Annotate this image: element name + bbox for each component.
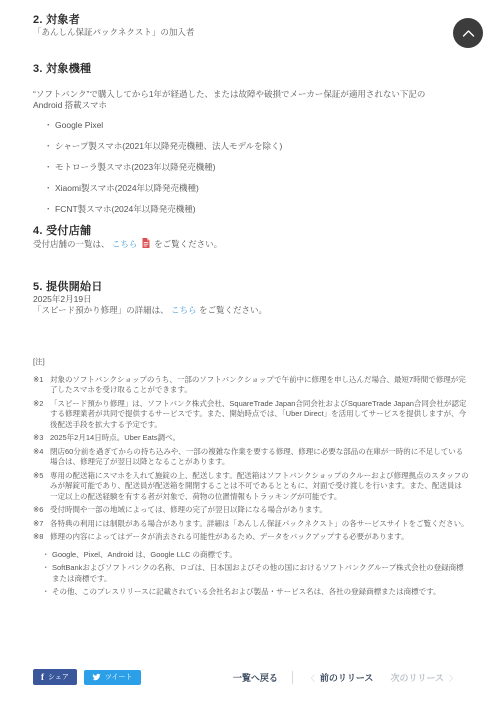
note-text: 「スピード預かり修理」は、ソフトバンク株式会社、SquareTrade Japa… bbox=[50, 399, 469, 431]
trademark-list: ・ Google、Pixel、Android は、Google LLC の商標で… bbox=[33, 550, 469, 598]
list-item-label: Xiaomi製スマホ(2024年以降発売機種) bbox=[55, 183, 199, 194]
list-item: ・ シャープ製スマホ(2021年以降発売機種、法人モデルを除く) bbox=[44, 141, 457, 152]
note-marker: ※3 bbox=[33, 433, 50, 444]
notes-label: [注] bbox=[33, 357, 457, 367]
list-item: ・ FCNT製スマホ(2024年以降発売機種) bbox=[44, 204, 457, 215]
section-reception-stores: 4. 受付店舗 受付店舗の一覧は、 こちら をご覧ください。 bbox=[33, 225, 457, 251]
note-text: 各特典の利用には制限がある場合があります。詳細は「あんしん保証パックネクスト」の… bbox=[50, 519, 469, 530]
note-marker: ※7 bbox=[33, 519, 50, 530]
section-heading-reception-stores: 4. 受付店舗 bbox=[33, 225, 457, 238]
note-marker: ※1 bbox=[33, 375, 50, 396]
list-item: ・ Xiaomi製スマホ(2024年以降発売機種) bbox=[44, 183, 457, 194]
section-target-users: 2. 対象者 「あんしん保証パックネクスト」の加入者 bbox=[33, 14, 457, 38]
note-item: ※3 2025年2月14日時点。Uber Eats調べ。 bbox=[33, 433, 469, 444]
list-item: ・ Google Pixel bbox=[44, 120, 457, 131]
list-item: ・ モトローラ製スマホ(2023年以降発売機種) bbox=[44, 162, 457, 173]
list-item-label: モトローラ製スマホ(2023年以降発売機種) bbox=[55, 162, 215, 173]
share-buttons: f シェア ツイート bbox=[33, 669, 141, 685]
facebook-share-label: シェア bbox=[48, 674, 69, 681]
note-text: 2025年2月14日時点。Uber Eats調べ。 bbox=[50, 433, 469, 444]
section-heading-target-models: 3. 対象機種 bbox=[33, 63, 457, 76]
target-models-list: ・ Google Pixel ・ シャープ製スマホ(2021年以降発売機種、法人… bbox=[33, 120, 457, 215]
facebook-share-button[interactable]: f シェア bbox=[33, 669, 77, 685]
reception-text-after: をご覧ください。 bbox=[154, 239, 222, 249]
store-list-link[interactable]: こちら bbox=[112, 239, 138, 249]
trademark-item: ・ SoftBankおよびソフトバンクの名称、ロゴは、日本国およびその他の国にお… bbox=[33, 563, 469, 584]
speed-repair-text-before: 「スピード預かり修理」の詳細は、 bbox=[33, 305, 169, 315]
note-marker: ※8 bbox=[33, 532, 50, 543]
note-marker: ※5 bbox=[33, 471, 50, 503]
section-heading-target-users: 2. 対象者 bbox=[33, 14, 457, 27]
twitter-icon bbox=[92, 673, 101, 681]
bullet-icon: ・ bbox=[44, 204, 55, 215]
back-to-list-link[interactable]: 一覧へ戻る bbox=[233, 671, 278, 684]
release-navigation: 一覧へ戻る 〈前のリリース 次のリリース〉 bbox=[233, 671, 457, 684]
list-item-label: シャープ製スマホ(2021年以降発売機種、法人モデルを除く) bbox=[55, 141, 282, 152]
twitter-share-button[interactable]: ツイート bbox=[84, 670, 141, 685]
speed-repair-link[interactable]: こちら bbox=[171, 305, 197, 315]
footer: f シェア ツイート 一覧へ戻る 〈前のリリース 次のリリース〉 bbox=[33, 669, 457, 685]
note-item: ※7 各特典の利用には制限がある場合があります。詳細は「あんしん保証パックネクス… bbox=[33, 519, 469, 530]
trademark-text: その他、このプレスリリースに記載されている会社名および製品・サービス名は、各社の… bbox=[52, 587, 441, 598]
note-item: ※6 受付時間や一部の地域によっては、修理の完了が翌日以降になる場合があります。 bbox=[33, 505, 469, 516]
reception-text-before: 受付店舗の一覧は、 bbox=[33, 239, 110, 249]
chevron-up-icon bbox=[462, 29, 475, 38]
trademark-item: ・ Google、Pixel、Android は、Google LLC の商標で… bbox=[33, 550, 469, 561]
prev-release-label: 前のリリース bbox=[320, 673, 374, 683]
scroll-to-top-button[interactable] bbox=[453, 18, 483, 48]
note-text: 閉店60分前を過ぎてからの持ち込みや、一部の複雑な作業を要する修理、修理に必要な… bbox=[50, 447, 469, 468]
next-release-link-disabled: 次のリリース〉 bbox=[390, 671, 457, 684]
chevron-right-icon: 〉 bbox=[449, 674, 457, 683]
speed-repair-line: 「スピード預かり修理」の詳細は、 こちら をご覧ください。 bbox=[33, 305, 457, 316]
note-text: 専用の配送箱にスマホを入れて施錠の上、配送します。配送箱はソフトバンクショップの… bbox=[50, 471, 469, 503]
section-target-models: 3. 対象機種 “ソフトバンク”で購入してから1年が経過した、または故障や破損で… bbox=[33, 63, 457, 215]
note-text: 受付時間や一部の地域によっては、修理の完了が翌日以降になる場合があります。 bbox=[50, 505, 469, 516]
trademark-text: Google、Pixel、Android は、Google LLC の商標です。 bbox=[52, 550, 237, 561]
bullet-icon: ・ bbox=[44, 120, 55, 131]
press-release-page: 2. 対象者 「あんしん保証パックネクスト」の加入者 3. 対象機種 “ソフトバ… bbox=[0, 0, 490, 598]
twitter-share-label: ツイート bbox=[105, 674, 133, 681]
list-item-label: Google Pixel bbox=[55, 120, 103, 131]
note-item: ※1 対象のソフトバンクショップのうち、一部のソフトバンクショップで午前中に修理… bbox=[33, 375, 469, 396]
bullet-icon: ・ bbox=[44, 141, 55, 152]
note-item: ※4 閉店60分前を過ぎてからの持ち込みや、一部の複雑な作業を要する修理、修理に… bbox=[33, 447, 469, 468]
notes-list: ※1 対象のソフトバンクショップのうち、一部のソフトバンクショップで午前中に修理… bbox=[33, 375, 469, 543]
list-item-label: FCNT製スマホ(2024年以降発売機種) bbox=[55, 204, 196, 215]
bullet-icon: ・ bbox=[44, 183, 55, 194]
trademark-item: ・ その他、このプレスリリースに記載されている会社名および製品・サービス名は、各… bbox=[33, 587, 469, 598]
reception-stores-body: 受付店舗の一覧は、 こちら をご覧ください。 bbox=[33, 238, 457, 251]
note-item: ※2 「スピード預かり修理」は、ソフトバンク株式会社、SquareTrade J… bbox=[33, 399, 469, 431]
nav-divider bbox=[292, 671, 293, 684]
section-start-date: 5. 提供開始日 2025年2月19日 bbox=[33, 281, 457, 305]
bullet-icon: ・ bbox=[42, 563, 52, 584]
note-marker: ※6 bbox=[33, 505, 50, 516]
prev-release-link[interactable]: 〈前のリリース bbox=[307, 671, 374, 684]
note-marker: ※2 bbox=[33, 399, 50, 431]
facebook-icon: f bbox=[41, 673, 44, 682]
note-marker: ※4 bbox=[33, 447, 50, 468]
trademark-text: SoftBankおよびソフトバンクの名称、ロゴは、日本国およびその他の国における… bbox=[52, 563, 469, 584]
section-heading-start-date: 5. 提供開始日 bbox=[33, 281, 457, 294]
note-item: ※5 専用の配送箱にスマホを入れて施錠の上、配送します。配送箱はソフトバンクショ… bbox=[33, 471, 469, 503]
next-release-label: 次のリリース bbox=[390, 673, 444, 683]
main-content: 2. 対象者 「あんしん保証パックネクスト」の加入者 3. 対象機種 “ソフトバ… bbox=[0, 0, 490, 598]
bullet-icon: ・ bbox=[42, 587, 52, 598]
target-models-body: “ソフトバンク”で購入してから1年が経過した、または故障や破損でメーカー保証が適… bbox=[33, 89, 457, 111]
pdf-document-icon bbox=[142, 238, 150, 251]
note-text: 修理の内容によってはデータが消去される可能性があるため、データをバックアップする… bbox=[50, 532, 469, 543]
start-date-body: 2025年2月19日 bbox=[33, 294, 457, 305]
note-item: ※8 修理の内容によってはデータが消去される可能性があるため、データをバックアッ… bbox=[33, 532, 469, 543]
bullet-icon: ・ bbox=[44, 162, 55, 173]
speed-repair-text-after: をご覧ください。 bbox=[199, 305, 267, 315]
note-text: 対象のソフトバンクショップのうち、一部のソフトバンクショップで午前中に修理を申し… bbox=[50, 375, 469, 396]
bullet-icon: ・ bbox=[42, 550, 52, 561]
chevron-left-icon: 〈 bbox=[307, 674, 315, 683]
target-users-body: 「あんしん保証パックネクスト」の加入者 bbox=[33, 27, 457, 38]
